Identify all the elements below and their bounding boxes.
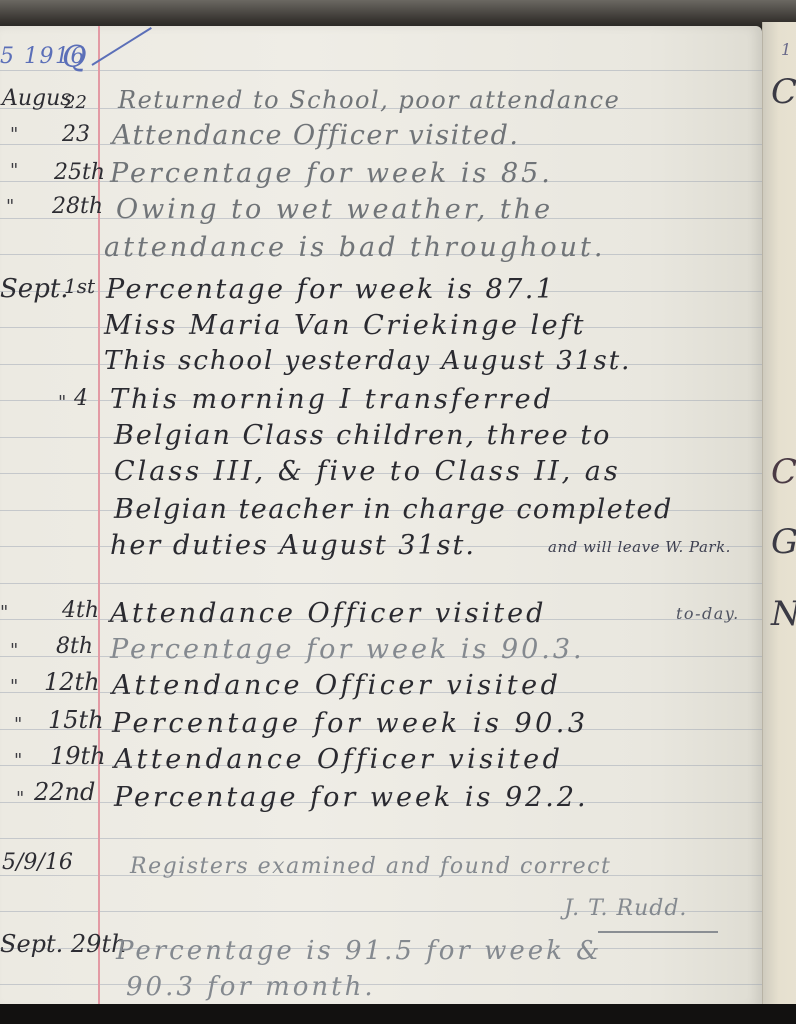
ditto-mark: " — [10, 676, 18, 697]
ditto-mark: " — [10, 124, 18, 145]
entry-text: Returned to School, poor attendance — [118, 86, 620, 114]
ditto-mark: " — [58, 392, 66, 413]
ditto-mark: " — [6, 196, 14, 217]
entry-text: Attendance Officer visited — [110, 598, 546, 629]
entry-text: Class III, & five to Class II, as — [114, 456, 621, 487]
entry-text: This school yesterday August 31st. — [104, 346, 631, 376]
ditto-mark: " — [0, 602, 8, 623]
ditto-mark: " — [14, 750, 22, 771]
inspection-text: Registers examined and found correct — [130, 854, 611, 879]
final-entry-line1: Percentage is 91.5 for week & — [116, 936, 602, 966]
final-entry-line2: 90.3 for month. — [126, 972, 376, 1002]
entry-text: attendance is bad throughout. — [104, 232, 605, 263]
entry-day: 8th — [56, 634, 93, 659]
final-entry-date: Sept. 29th — [0, 930, 127, 958]
entry-day: 4th — [62, 598, 99, 623]
inspection-date: 5/9/16 — [2, 850, 73, 875]
facing-page-edge: 1 C C G N — [762, 22, 796, 1012]
blue-check-mark — [91, 27, 151, 66]
entry-text: Belgian Class children, three to — [114, 420, 611, 451]
entry-day: 22 — [64, 92, 87, 113]
blue-check-annotation: Q — [62, 40, 88, 75]
facing-page-glyph: C — [771, 452, 796, 492]
facing-page-glyph: 1 — [781, 40, 791, 59]
entry-day: 23 — [62, 122, 90, 147]
entry-text: Percentage for week is 90.3 — [112, 708, 589, 739]
entry-month: Sept. — [0, 274, 69, 304]
entry-text: Miss Maria Van Criekinge left — [104, 310, 586, 341]
entry-day: 12th — [44, 668, 100, 696]
ditto-mark: " — [10, 640, 18, 661]
inspector-signature: J. T. Rudd. — [564, 896, 687, 921]
entry-text: Belgian teacher in charge completed — [114, 494, 673, 525]
ditto-mark: " — [16, 788, 24, 809]
entry-text: Percentage for week is 92.2. — [114, 782, 589, 813]
log-book-page: 5 1916 Q Augus 22 " 23 " 25th " 28th Sep… — [0, 26, 762, 1008]
facing-page-glyph: G — [771, 522, 796, 562]
entry-text: Attendance Officer visited — [114, 744, 563, 775]
entry-day: 1st — [64, 274, 95, 298]
ruled-line — [0, 838, 762, 839]
ditto-mark: " — [14, 714, 22, 735]
entry-text: Attendance Officer visited. — [112, 120, 519, 151]
facing-page-glyph: C — [771, 72, 796, 112]
ruled-line — [0, 984, 762, 985]
entry-text: Owing to wet weather, the — [116, 194, 553, 225]
entry-day: 22nd — [34, 778, 95, 806]
entry-addendum: and will leave W. Park. — [548, 538, 731, 556]
facing-page-glyph: N — [771, 594, 796, 634]
entry-text: Percentage for week is 90.3. — [110, 634, 585, 665]
entry-day: 25th — [54, 160, 105, 185]
entry-text: This morning I transferred — [110, 384, 554, 415]
entry-day: 28th — [52, 194, 103, 219]
entry-text: Percentage for week is 87.1 — [106, 274, 556, 305]
ditto-mark: " — [10, 160, 18, 181]
entry-text: Percentage for week is 85. — [110, 158, 553, 189]
entry-day: 15th — [48, 706, 104, 734]
book-cover-bottom — [0, 1004, 796, 1024]
entry-day: 19th — [50, 742, 106, 770]
entry-month: Augus — [2, 86, 72, 111]
signature-underline — [598, 931, 718, 933]
ruled-line — [0, 583, 762, 584]
entry-day: 4 — [74, 386, 88, 411]
entry-text: her duties August 31st. — [110, 530, 476, 561]
entry-addendum: to-day. — [676, 604, 740, 623]
entry-text: Attendance Officer visited — [112, 670, 561, 701]
ruled-line — [0, 70, 762, 71]
